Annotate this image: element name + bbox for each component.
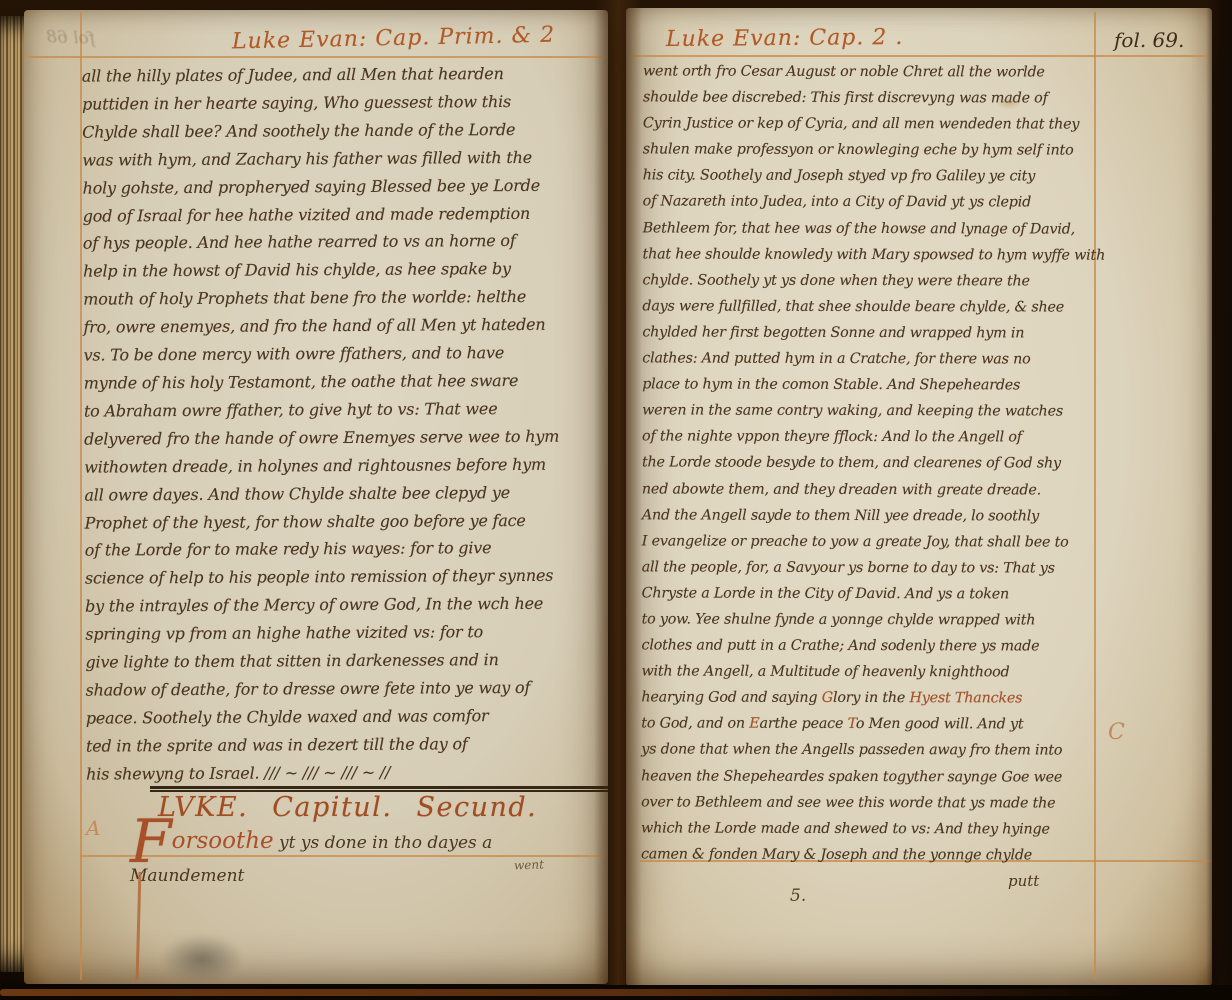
manuscript-text-line: ys done that when the Angells passeden a…: [641, 737, 1099, 764]
catchword-right: putt: [1008, 872, 1039, 890]
manuscript-text-line: days were fullfilled, that shee shoulde …: [642, 293, 1100, 320]
manuscript-text-line: was with hym, and Zachary his father was…: [82, 143, 604, 174]
manuscript-text-line: Prophet of the hyest, for thow shalte go…: [85, 506, 607, 537]
manuscript-text-line: the Lorde stoode besyde to them, and cle…: [642, 450, 1100, 477]
manuscript-text-line: Cyrin Justice or kep of Cyria, and all m…: [643, 111, 1101, 138]
manuscript-text-line: by the intrayles of the Mercy of owre Go…: [85, 590, 607, 621]
manuscript-text-line: god of Israal for hee hathe vizited and …: [83, 199, 605, 230]
incipit-red-text: orsoothe: [172, 828, 274, 854]
page-number: 5.: [790, 886, 806, 906]
book-edge-right: [1206, 0, 1232, 1000]
ink-smudge: [160, 934, 244, 984]
manuscript-text-line: And the Angell sayde to them Nill yee dr…: [642, 502, 1100, 529]
manuscript-text-line: help in the howst of David his chylde, a…: [83, 255, 605, 286]
manuscript-text-line: science of help to his people into remis…: [85, 562, 607, 593]
manuscript-text-line: puttiden in her hearte saying, Who guess…: [82, 87, 604, 118]
manuscript-text-line: shadow of deathe, for to dresse owre fet…: [86, 673, 608, 704]
manuscript-text-line: which the Lorde made and shewed to vs: A…: [641, 815, 1099, 842]
manuscript-text-line: his city. Soothely and Joseph styed vp f…: [643, 163, 1101, 190]
manuscript-text-line: with the Angell, a Multitude of heavenly…: [641, 659, 1099, 686]
manuscript-text-line: clathes: And putted hym in a Cratche, fo…: [642, 345, 1100, 372]
manuscript-text-line: weren in the same contry waking, and kee…: [642, 398, 1100, 425]
manuscript-text-line: of the nighte vppon theyre fflock: And l…: [642, 424, 1100, 451]
right-text-block: went orth fro Cesar August or noble Chre…: [641, 58, 1101, 868]
manuscript-text-line: chylded her first begotten Sonne and wra…: [642, 319, 1100, 346]
manuscript-photo: Luke Evan: Cap. Prim. & 2 Luke Evan: Cap…: [0, 0, 1232, 1000]
manuscript-text-line: I evangelize or preache to yow a greate …: [642, 528, 1100, 555]
manuscript-text-line: all owre dayes. And thow Chylde shalte b…: [84, 478, 606, 509]
manuscript-text-line: heaven the Shepeheardes spaken togyther …: [641, 763, 1099, 790]
stain-spot: [996, 96, 1022, 110]
manuscript-text-line: all the people, for, a Savyour ys borne …: [642, 554, 1100, 581]
manuscript-text-line: chylde. Soothely yt ys done when they we…: [642, 267, 1100, 294]
manuscript-text-line: give lighte to them that sitten in darke…: [85, 645, 607, 676]
manuscript-text-line: vs. To be done mercy with owre ffathers,…: [83, 338, 605, 369]
catchword-left: went: [514, 857, 544, 872]
manuscript-text-line: shoulde bee discrebed: This first discre…: [643, 84, 1101, 111]
manuscript-text-line: of hys people. And hee hathe rearred to …: [83, 227, 605, 258]
book-bottom-band: [0, 989, 1135, 996]
manuscript-text-line: his shewyng to Israel. /// ~ /// ~ /// ~…: [86, 757, 608, 788]
manuscript-text-line: ted in the sprite and was in dezert till…: [86, 729, 608, 760]
incipit-line: Forsoothe yt ys done in tho dayes a Maun…: [130, 818, 610, 886]
manuscript-text-line: that hee shoulde knowledy with Mary spow…: [643, 241, 1101, 268]
manuscript-text-line: went orth fro Cesar August or noble Chre…: [643, 58, 1101, 85]
running-header-right: Luke Evan: Cap. 2 .: [666, 25, 904, 52]
show-through-text: fol 68: [46, 27, 96, 49]
manuscript-text-line: to God, and on Earthe peace To Men good …: [641, 711, 1099, 738]
manuscript-text-line: camen & fonden Mary & Joseph and the yon…: [641, 841, 1099, 868]
manuscript-text-line: of Nazareth into Judea, into a City of D…: [643, 189, 1101, 216]
book-gutter: [594, 0, 642, 1000]
manuscript-text-line: clothes and putt in a Crathe; And sodenl…: [641, 632, 1099, 659]
manuscript-text-line: hearying God and saying Glory in the Hye…: [641, 685, 1099, 712]
manuscript-text-line: peace. Soothely the Chylde waxed and was…: [86, 701, 608, 732]
manuscript-text-line: withowten dreade, in holynes and rightou…: [84, 450, 606, 481]
folio-number: fol. 69.: [1114, 28, 1184, 52]
manuscript-text-line: all the hilly plates of Judee, and all M…: [82, 59, 604, 90]
manuscript-text-line: to yow. Yee shulne fynde a yonnge chylde…: [642, 606, 1100, 633]
manuscript-text-line: mynde of his holy Testamont, the oathe t…: [84, 366, 606, 397]
ruled-line-left-header: [28, 56, 606, 58]
manuscript-text-line: holy gohste, and propheryed saying Bless…: [82, 171, 604, 202]
manuscript-text-line: mouth of holy Prophets that bene fro the…: [83, 283, 605, 314]
ruled-line-right-header: [630, 55, 1210, 57]
manuscript-text-line: over to Bethleem and see wee this worde …: [641, 789, 1099, 816]
manuscript-text-line: shulen make professyon or knowleging ech…: [643, 137, 1101, 164]
margin-letter-c: C: [1108, 720, 1125, 745]
manuscript-text-line: ned abowte them, and they dreaden with g…: [642, 476, 1100, 503]
manuscript-text-line: delyvered fro the hande of owre Enemyes …: [84, 422, 606, 453]
manuscript-text-line: Bethleem for, that hee was of the howse …: [643, 215, 1101, 242]
manuscript-text-line: fro, owre enemyes, and fro the hand of a…: [83, 311, 605, 342]
manuscript-text-line: springing vp from an highe hathe vizited…: [85, 618, 607, 649]
manuscript-text-line: Chylde shall bee? And soothely the hande…: [82, 115, 604, 146]
manuscript-text-line: to Abraham owre ffather, to give hyt to …: [84, 394, 606, 425]
manuscript-text-line: Chryste a Lorde in the City of David. An…: [642, 580, 1100, 607]
left-text-block: all the hilly plates of Judee, and all M…: [82, 59, 608, 788]
manuscript-text-line: of the Lorde for to make redy his wayes:…: [85, 534, 607, 565]
margin-letter-a: A: [86, 816, 100, 840]
manuscript-text-line: place to hym in the comon Stable. And Sh…: [642, 372, 1100, 399]
